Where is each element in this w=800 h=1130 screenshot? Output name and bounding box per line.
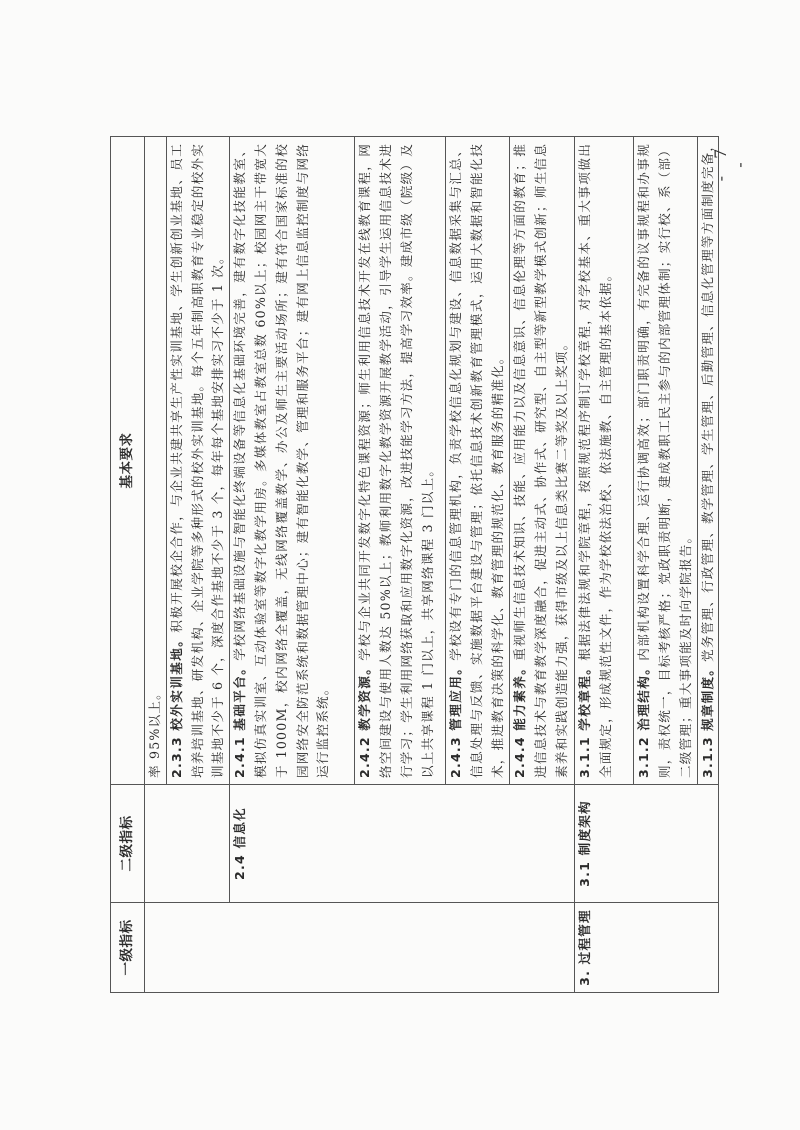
- requirement-2-4-4: 2.4.4 能力素养。重视师生信息技术知识、技能、应用能力以及信息意识、信息伦理…: [510, 137, 575, 785]
- item-title: 教学资源。: [357, 661, 372, 731]
- table-row: 3. 过程管理 3.1 制度架构 3.1.1 学校章程。根据法律法规和学院章程，…: [575, 137, 634, 993]
- requirement-2-4-1: 2.4.1 基础平台。学校网络基础设施与智能化终端设备等信息化基础环境完善，建有…: [230, 137, 355, 785]
- item-title: 能力素养。: [512, 661, 527, 731]
- requirement-continued: 率 95%以上。: [145, 137, 167, 785]
- requirement-2-3-3: 2.3.3 校外实训基地。积极开展校企合作，与企业共建共享生产性实训基地、学生创…: [166, 137, 229, 785]
- level2-cell-institutional-framework: 3.1 制度架构: [575, 785, 719, 903]
- header-level2: 二级指标: [111, 785, 145, 903]
- item-title: 校外实训基地。: [169, 633, 184, 731]
- standards-table: 一级指标 二级指标 基本要求 率 95%以上。 2.3.3 校外实训基地。积极开…: [110, 136, 719, 993]
- level1-cell-process-management: 3. 过程管理: [575, 903, 719, 993]
- item-code: 2.4.4: [512, 736, 527, 778]
- table-row: 率 95%以上。: [145, 137, 167, 993]
- rotated-page: 一级指标 二级指标 基本要求 率 95%以上。 2.3.3 校外实训基地。积极开…: [110, 137, 686, 993]
- level1-cell-blank: [145, 903, 575, 993]
- item-code: 3.1.3: [700, 736, 715, 778]
- header-level1: 一级指标: [111, 903, 145, 993]
- item-title: 管理应用。: [448, 661, 463, 731]
- item-code: 2.4.2: [357, 736, 372, 778]
- requirement-3-1-3: 3.1.3 规章制度。党务管理、行政管理、教学管理、学生管理、后勤管理、信息化管…: [697, 137, 719, 785]
- item-code: 3.1.1: [577, 736, 592, 778]
- requirement-3-1-2: 3.1.2 治理结构。内部机构设置科学合理、运行协调高效；部门职责明确，有完备的…: [634, 137, 697, 785]
- requirement-2-4-3: 2.4.3 管理应用。学校设有专门的信息管理机构，负责学校信息化规划与建设、信息…: [446, 137, 510, 785]
- item-title: 学校章程。: [577, 661, 592, 731]
- page-number: - 7 -: [711, 142, 735, 182]
- item-body: 党务管理、行政管理、教学管理、学生管理、后勤管理、信息化管理等方面制度完备，: [700, 138, 715, 662]
- item-title: 规章制度。: [700, 662, 715, 731]
- table-row: 2.4 信息化 2.4.1 基础平台。学校网络基础设施与智能化终端设备等信息化基…: [230, 137, 355, 993]
- requirement-2-4-2: 2.4.2 教学资源。学校与企业共同开发数字化特色课程资源；师生利用信息技术开发…: [355, 137, 446, 785]
- table-header-row: 一级指标 二级指标 基本要求: [111, 137, 145, 993]
- level2-cell-blank: [145, 785, 230, 903]
- item-code: 2.4.1: [232, 736, 247, 778]
- header-requirements: 基本要求: [111, 137, 145, 785]
- item-code: 2.4.3: [448, 736, 463, 778]
- level2-cell-informatization: 2.4 信息化: [230, 785, 575, 903]
- item-title: 基础平台。: [232, 661, 247, 731]
- item-code: 2.3.3: [169, 736, 184, 778]
- requirement-3-1-1: 3.1.1 学校章程。根据法律法规和学院章程，按照规范程序制订学校章程，对学校基…: [575, 137, 634, 785]
- item-code: 3.1.2: [636, 736, 651, 778]
- item-title: 治理结构。: [636, 661, 651, 731]
